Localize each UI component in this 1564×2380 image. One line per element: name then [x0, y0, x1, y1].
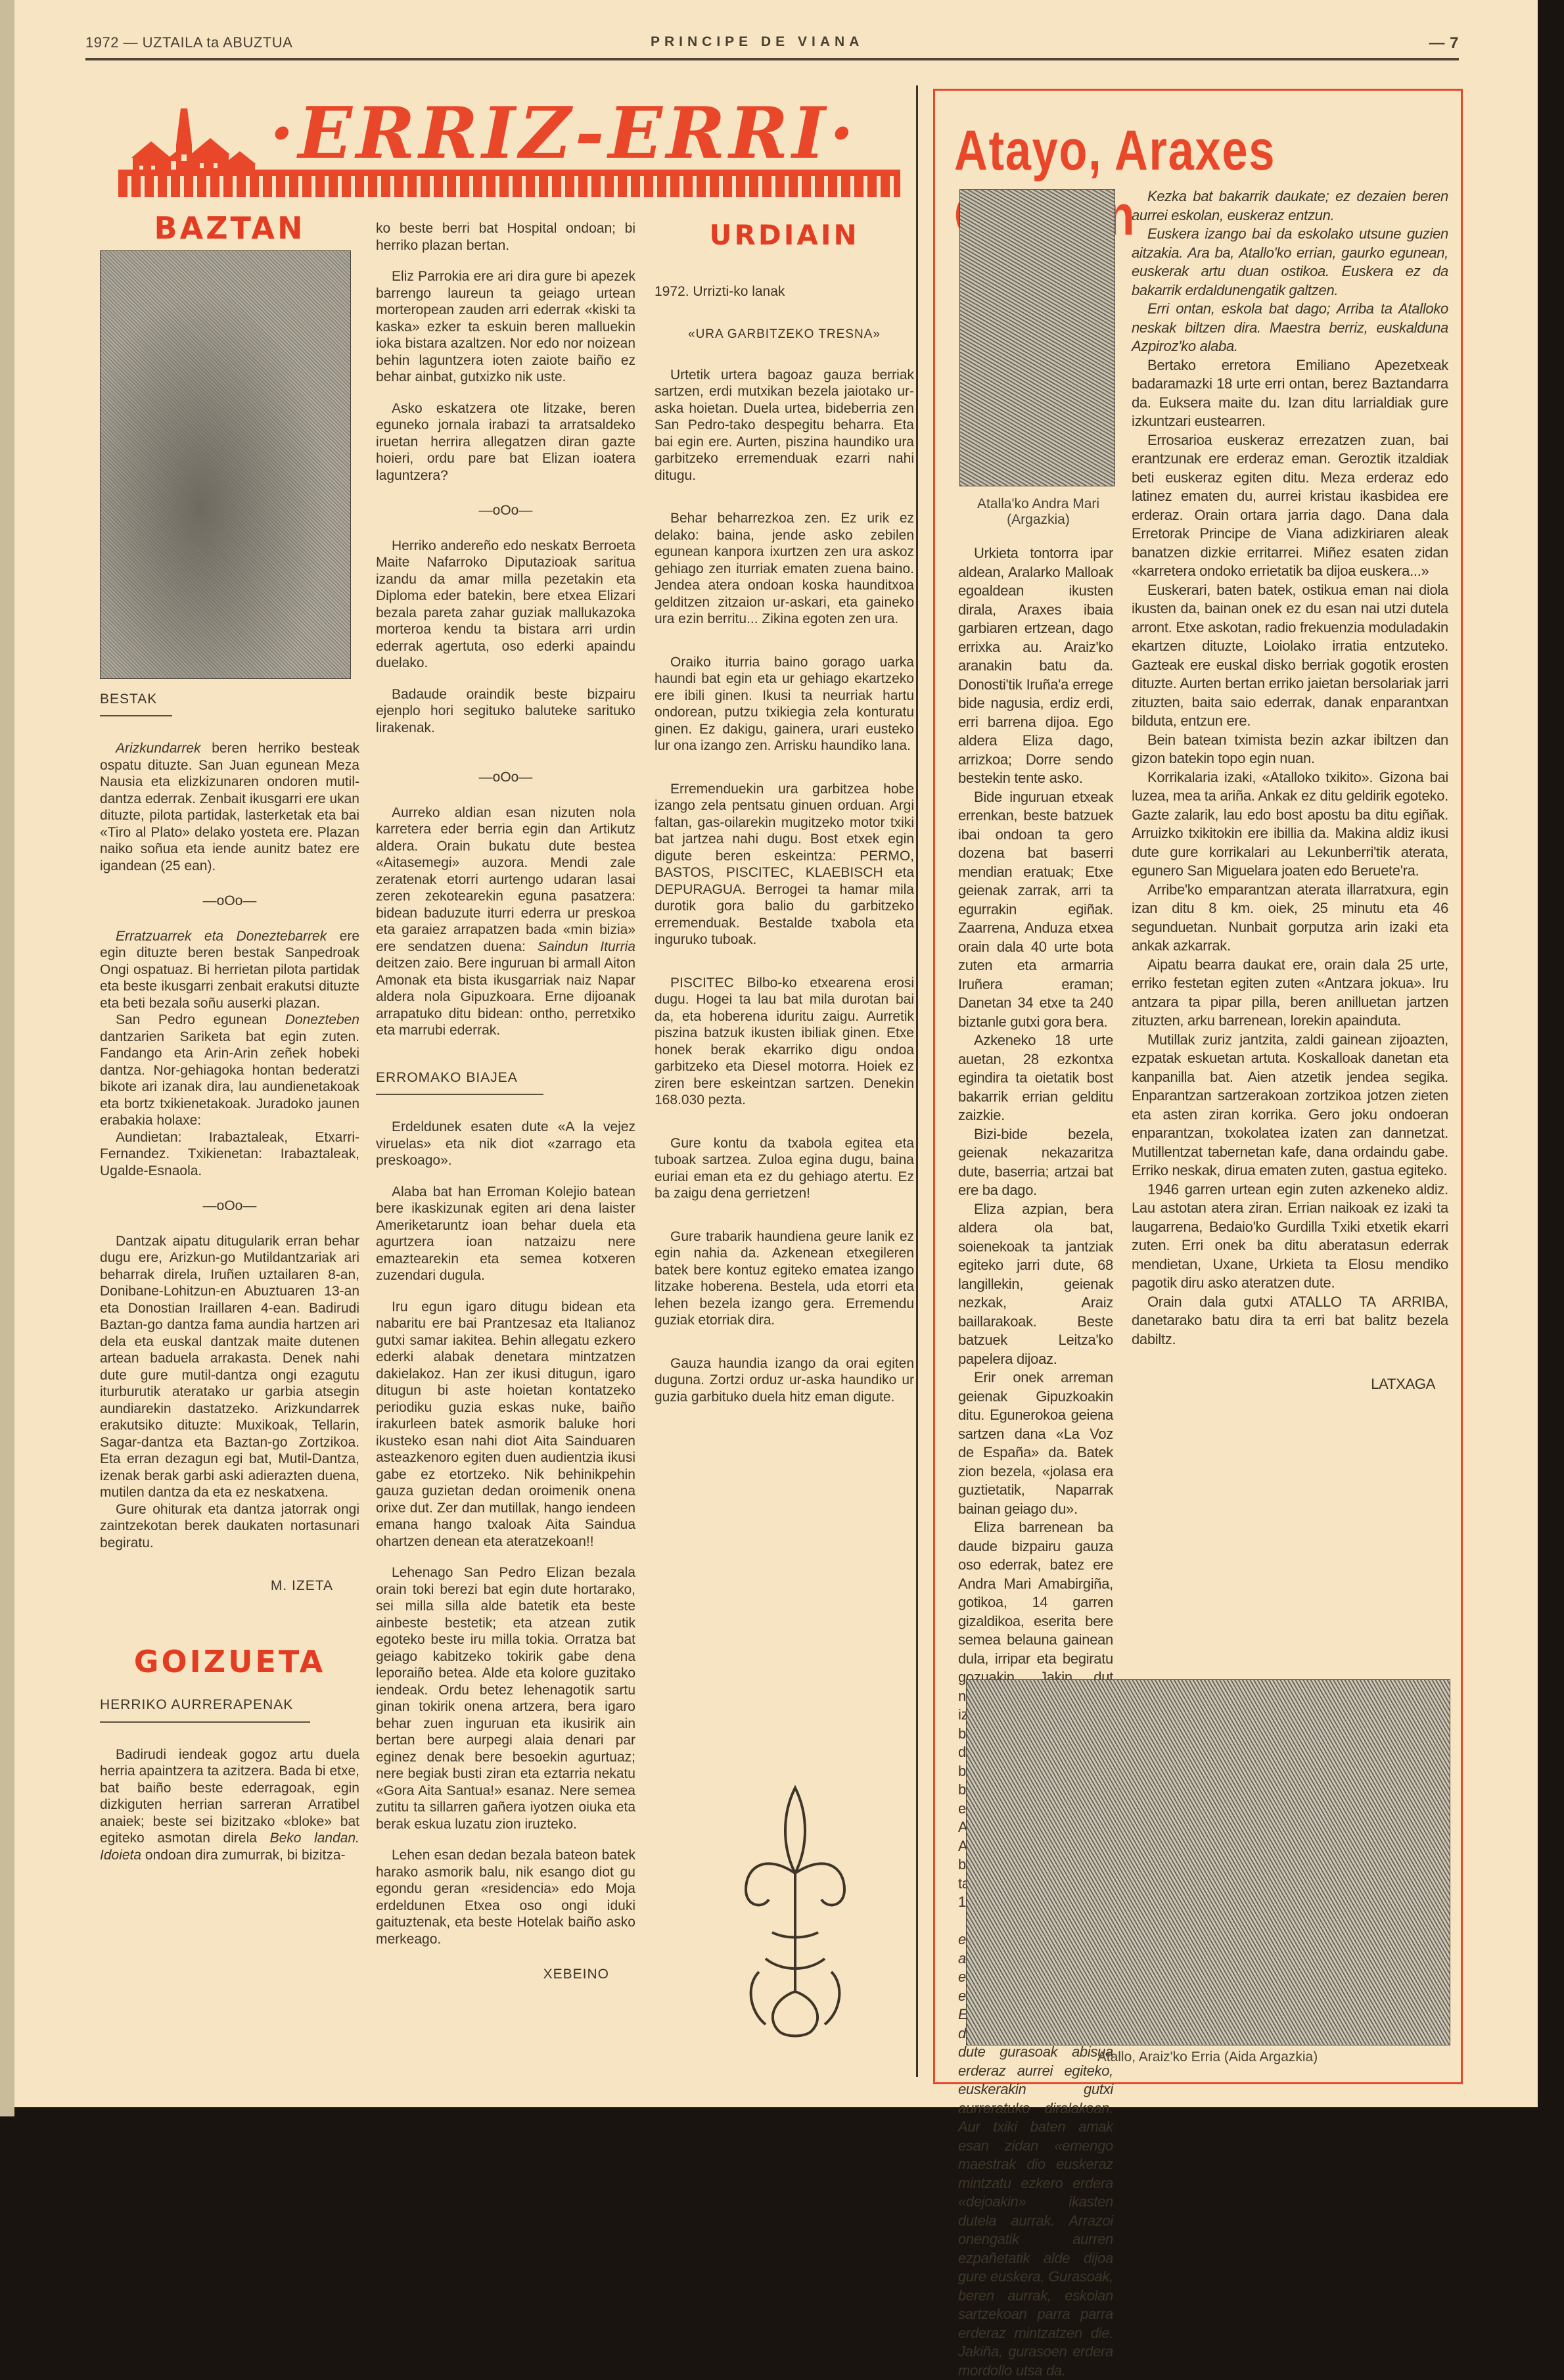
paragraph: Gure ohiturak eta dantza jatorrak ongi z… — [100, 1501, 359, 1552]
heading-urdiain: URDIAIN — [655, 227, 914, 244]
paragraph: Lehen esan dedan bezala bateon batek har… — [376, 1847, 635, 1948]
publication-name: PRINCIPE DE VIANA — [651, 34, 863, 50]
paragraph: Badaude oraindik beste bizpairu ejenplo … — [376, 686, 635, 737]
paragraph: Aundietan: Irabaztaleak, Etxarri-Fernand… — [100, 1129, 359, 1180]
paragraph: Aurreko aldian esan nizuten nola karrete… — [376, 805, 635, 1039]
separator: —oOo— — [100, 1198, 359, 1215]
village-photo — [100, 250, 351, 679]
paragraph: Iru egun igaro ditugu bidean eta nabarit… — [376, 1299, 635, 1551]
paragraph: Eliza azpian, bera aldera ola bat, soien… — [958, 1200, 1113, 1369]
masthead-title: ·ERRIZ-ERRI· — [269, 92, 858, 175]
author-signature: M. IZETA — [100, 1577, 359, 1595]
page-number: — 7 — [1429, 34, 1459, 53]
paragraph: Eliz Parrokia ere ari dira gure bi apeze… — [376, 268, 635, 386]
paragraph: Erir onek arreman geienak Gipuzkoakin di… — [958, 1368, 1113, 1518]
virgin-statue-photo — [959, 189, 1115, 486]
paragraph: Arizkundarrek beren herriko besteak ospa… — [100, 740, 359, 874]
heading-goizueta: GOIZUETA — [100, 1654, 359, 1671]
paragraph: Oraiko iturria baino gorago uarka haundi… — [655, 654, 914, 755]
paragraph: 1946 garren urtean egin zuten azkeneko a… — [1132, 1180, 1448, 1293]
column-baztan: BAZTAN BESTAK Arizkundarrek beren herrik… — [100, 220, 359, 1863]
paragraph: Mutillak zuriz jantzita, zaldi gainean z… — [1132, 1031, 1448, 1180]
separator: —oOo— — [100, 893, 359, 910]
paragraph: Bide inguruan etxeak errenkan, beste bat… — [958, 788, 1113, 1032]
subheading-rule — [376, 1094, 543, 1095]
paragraph: Erremenduekin ura garbitzea hobe izango … — [655, 781, 914, 948]
paragraph: Azkeneko 18 urte auetan, 28 ezkontxa egi… — [958, 1031, 1113, 1125]
paragraph: Euskerari, baten batek, ostikua eman nai… — [1132, 581, 1448, 731]
subheading-tresna: «URA GARBITZEKO TRESNA» — [655, 326, 914, 343]
section-masthead: ·ERRIZ-ERRI· — [105, 92, 900, 197]
column-goizueta-cont: ko beste berri bat Hospital ondoan; bi h… — [376, 220, 635, 1983]
paragraph: Lehenago San Pedro Elizan bezala orain t… — [376, 1564, 635, 1832]
paragraph: Badirudi iendeak gogoz artu duela herria… — [100, 1746, 359, 1864]
paragraph: Behar beharrezkoa zen. Ez urik ez delako… — [655, 510, 914, 628]
paragraph: Aipatu bearra daukat ere, orain dala 25 … — [1132, 956, 1448, 1031]
subheading-rule — [100, 1721, 310, 1723]
author-signature: LATXAGA — [1132, 1375, 1448, 1394]
paragraph: Gure kontu da txabola egitea eta tuboak … — [655, 1135, 914, 1202]
column-urdiain: URDIAIN 1972. Urrizti-ko lanak «URA GARB… — [655, 227, 914, 1405]
paragraph: Urtetik urtera bagoaz gauza berriak sart… — [655, 367, 914, 484]
page-header: 1972 — UZTAILA ta ABUZTUA PRINCIPE DE VI… — [85, 34, 1459, 60]
paragraph: San Pedro egunean Donezteben dantzarien … — [100, 1012, 359, 1129]
photo-caption: Atalla'ko Andra Mari (Argazkia) — [956, 496, 1120, 528]
intro-column: Kezka bat bakarrik daukate; ez dezaien b… — [1132, 187, 1448, 1394]
author-signature: XEBEINO — [376, 1966, 635, 1983]
intro-paragraph: Kezka bat bakarrik daukate; ez dezaien b… — [1132, 187, 1448, 225]
dateline: 1972. Urrizti-ko lanak — [655, 283, 914, 300]
header-rule — [85, 58, 1459, 60]
paragraph: Dantzak aipatu ditugularik erran behar d… — [100, 1233, 359, 1501]
book-spine — [0, 0, 14, 2116]
village-aerial-photo — [966, 1679, 1450, 2045]
paragraph: Bertako erretora Emiliano Apezetxeak bad… — [1132, 356, 1448, 431]
paragraph: ko beste berri bat Hospital ondoan; bi h… — [376, 220, 635, 254]
subheading-herriko: HERRIKO AURRERAPENAK — [100, 1696, 359, 1714]
separator: —oOo— — [376, 769, 635, 786]
paragraph: Erratzuarrek eta Doneztebarrek ere egin … — [100, 928, 359, 1012]
paragraph: Korrikalaria izaki, «Atalloko txikito». … — [1132, 768, 1448, 881]
subheading-bestak: BESTAK — [100, 691, 359, 708]
decorative-fence — [118, 170, 900, 197]
heading-baztan: BAZTAN — [100, 220, 359, 237]
subheading-rule — [100, 715, 172, 716]
intro-paragraph: Erri ontan, eskola bat dago; Arriba ta A… — [1132, 300, 1448, 356]
paragraph: Gure trabarik haundiena geure lanik ez e… — [655, 1228, 914, 1329]
paragraph: Errosarioa euskeraz errezatzen zuan, bai… — [1132, 431, 1448, 581]
paragraph: Alaba bat han Erroman Kolejio batean ber… — [376, 1184, 635, 1284]
issue-date: 1972 — UZTAILA ta ABUZTUA — [85, 34, 292, 51]
paragraph: Herriko andereño edo neskatx Berroeta Ma… — [376, 538, 635, 672]
paragraph: Bein batean tximista bezin azkar ibiltze… — [1132, 731, 1448, 768]
paragraph: Urkieta tontorra ipar aldean, Aralarko M… — [958, 544, 1113, 788]
photo-caption: Atallo, Araiz'ko Erria (Aida Argazkia) — [966, 2049, 1449, 2065]
column-divider — [916, 85, 918, 2077]
paragraph: Gauza haundia izango da orai egiten dugu… — [655, 1355, 914, 1406]
paragraph: Orain dala gutxi ATALLO TA ARRIBA, danet… — [1132, 1293, 1448, 1349]
paragraph: Arribe'ko emparantzan aterata illarratxu… — [1132, 881, 1448, 956]
fleur-ornament-icon — [720, 1775, 871, 2051]
paragraph: PISCITEC Bilbo-ko etxearena erosi dugu. … — [655, 975, 914, 1109]
separator: —oOo— — [376, 502, 635, 519]
paragraph: Erdeldunek esaten dute «A la vejez virue… — [376, 1119, 635, 1169]
intro-paragraph: Euskera izango bai da eskolako utsune gu… — [1132, 225, 1448, 300]
paragraph: Asko eskatzera ote litzake, beren egunek… — [376, 400, 635, 484]
subheading-erromako: ERROMAKO BIAJEA — [376, 1069, 635, 1086]
paragraph: Bizi-bide bezela, geienak nekazaritza du… — [958, 1125, 1113, 1200]
